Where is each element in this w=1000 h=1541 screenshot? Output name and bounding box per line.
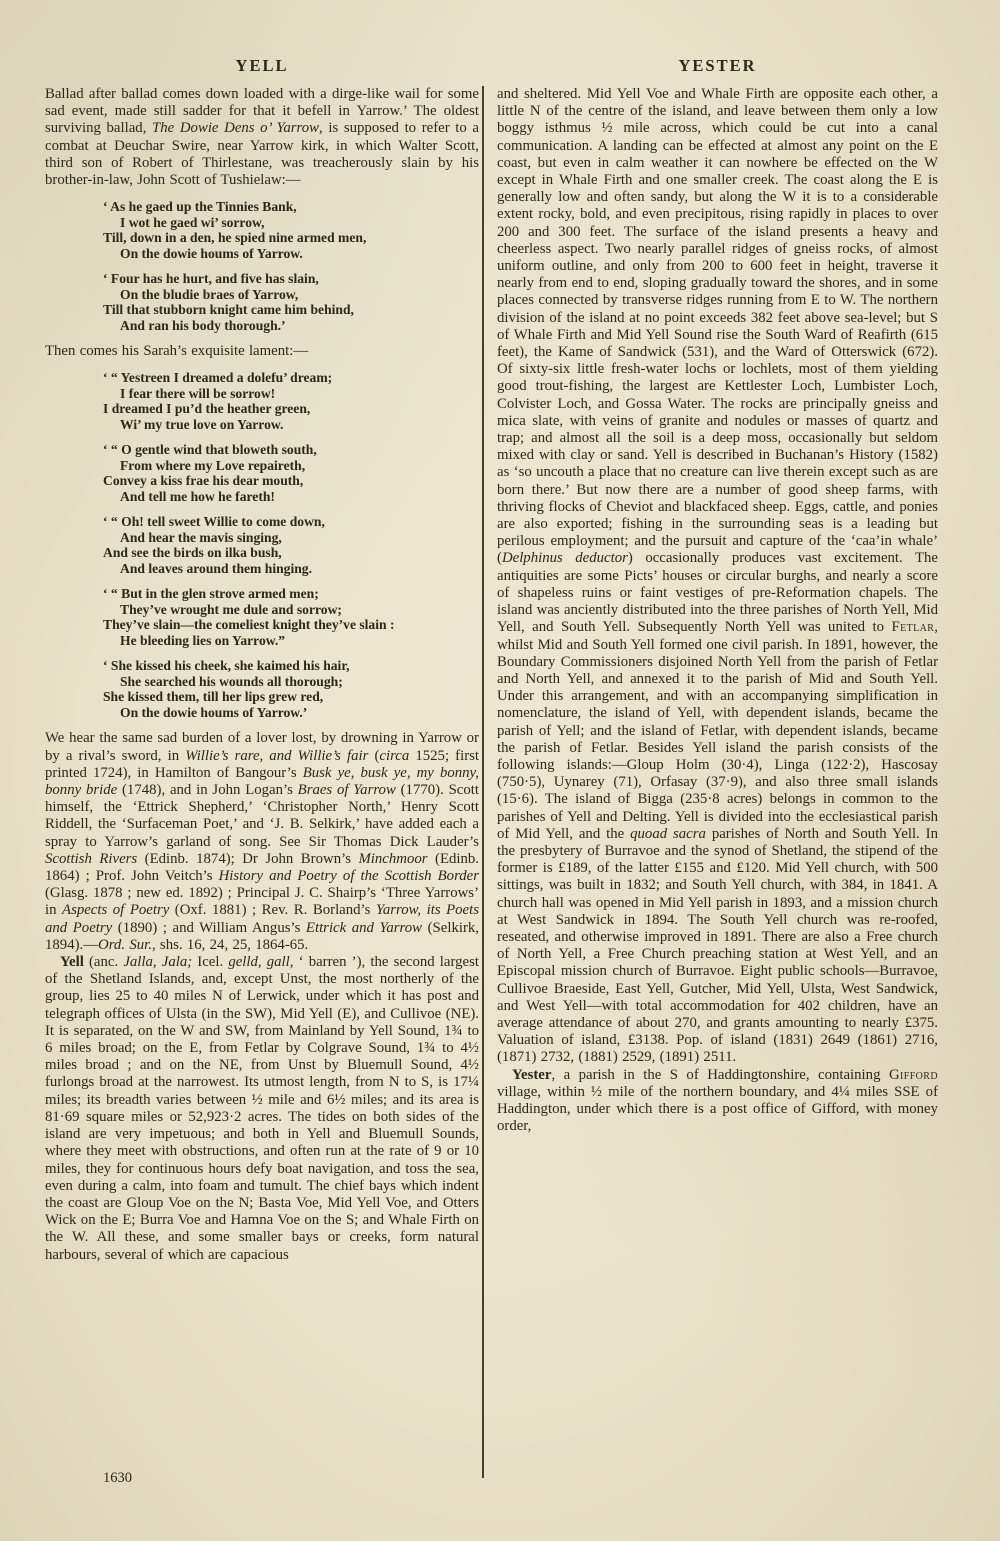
paragraph: Then comes his Sarah’s exquisite lament:…	[45, 343, 479, 360]
text-run: Jalla, Jala;	[123, 954, 192, 970]
verse-stanza: ‘ “ But in the glen strove armed men;The…	[103, 586, 479, 648]
text-run: Ord. Sur.	[98, 937, 152, 953]
text-run: and sheltered. Mid Yell Voe and Whale Fi…	[497, 86, 938, 566]
text-run: (Edinb. 1874); Dr John Brown’s	[137, 851, 358, 867]
verse-stanza: ‘ “ O gentle wind that bloweth south,Fro…	[103, 442, 479, 504]
text-run: Yell	[60, 954, 84, 970]
verse-line: ‘ “ O gentle wind that bloweth south,	[103, 442, 479, 458]
text-run: village, within ½ mile of the northern b…	[497, 1084, 938, 1134]
running-head-right: YESTER	[497, 56, 938, 76]
verse-line: Wi’ my true love on Yarrow.	[103, 417, 479, 433]
text-run: Gifford	[889, 1067, 938, 1083]
verse-stanza: ‘ “ Oh! tell sweet Willie to come down,A…	[103, 514, 479, 576]
text-run: , ‘ barren ’), the second largest of the…	[45, 954, 479, 1262]
verse-line: On the dowie houms of Yarrow.	[103, 246, 479, 262]
verse-line: On the dowie houms of Yarrow.’	[103, 705, 479, 721]
column-divider-rule	[482, 86, 484, 1478]
verse-line: ‘ “ Yestreen I dreamed a dolefu’ dream;	[103, 370, 479, 386]
verse-line: ‘ “ But in the glen strove armed men;	[103, 586, 479, 602]
verse-stanza: ‘ Four has he hurt, and five has slain,O…	[103, 271, 479, 333]
verse-line: ‘ Four has he hurt, and five has slain,	[103, 271, 479, 287]
text-run: , whilst Mid and South Yell formed one c…	[497, 619, 938, 841]
text-run: quoad sacra	[630, 826, 706, 842]
paragraph: Yester, a parish in the S of Haddingtons…	[497, 1067, 938, 1136]
verse-line: And leaves around them hinging.	[103, 561, 479, 577]
verse-line: He bleeding lies on Yarrow.”	[103, 633, 479, 649]
paragraph: Ballad after ballad comes down loaded wi…	[45, 86, 479, 189]
running-head-left: YELL	[45, 56, 479, 76]
verse-line: They’ve wrought me dule and sorrow;	[103, 602, 479, 618]
verse-line: And see the birds on ilka bush,	[103, 545, 479, 561]
verse-stanza: ‘ As he gaed up the Tinnies Bank,I wot h…	[103, 199, 479, 261]
text-run: (anc.	[84, 954, 123, 970]
paragraph: We hear the same sad burden of a lover l…	[45, 730, 479, 954]
left-column: Ballad after ballad comes down loaded wi…	[45, 86, 479, 1486]
text-run: (1890) ; and William Angus’s	[112, 920, 306, 936]
verse-line: From where my Love repaireth,	[103, 458, 479, 474]
text-run: (Oxf. 1881) ; Rev. R. Borland’s	[169, 902, 376, 918]
text-run: parishes of North and South Yell. In the…	[497, 826, 938, 1066]
text-run: Willie’s rare, and Willie’s fair	[185, 748, 368, 764]
verse-line: I dreamed I pu’d the heather green,	[103, 401, 479, 417]
text-run: Then comes his Sarah’s exquisite lament:…	[45, 343, 308, 359]
verse-line: I wot he gaed wi’ sorrow,	[103, 215, 479, 231]
verse-line: And ran his body thorough.’	[103, 318, 479, 334]
page-number: 1630	[103, 1470, 132, 1487]
text-run: Delphinus deductor	[502, 550, 628, 566]
paragraph: Yell (anc. Jalla, Jala; Icel. gelld, gal…	[45, 954, 479, 1264]
text-run: Icel.	[192, 954, 228, 970]
verse-line: She searched his wounds all thorough;	[103, 674, 479, 690]
verse-line: Convey a kiss frae his dear mouth,	[103, 473, 479, 489]
verse-line: Till, down in a den, he spied nine armed…	[103, 230, 479, 246]
text-run: gelld, gall	[228, 954, 289, 970]
text-run: (1748), and in John Logan’s	[117, 782, 297, 798]
text-run: , shs. 16, 24, 25, 1864-65.	[152, 937, 308, 953]
verse-line: They’ve slain—the comeliest knight they’…	[103, 617, 479, 633]
verse-stanza: ‘ “ Yestreen I dreamed a dolefu’ dream;I…	[103, 370, 479, 432]
text-run: The Dowie Dens o’ Yarrow	[152, 120, 319, 136]
text-run: Scottish Rivers	[45, 851, 137, 867]
text-run: History and Poetry of the Scottish Borde…	[219, 868, 479, 884]
verse-line: And tell me how he fareth!	[103, 489, 479, 505]
verse-line: And hear the mavis singing,	[103, 530, 479, 546]
text-run: Minchmoor	[358, 851, 427, 867]
verse-line: She kissed them, till her lips grew red,	[103, 689, 479, 705]
verse-line: Till that stubborn knight came him behin…	[103, 302, 479, 318]
verse-stanza: ‘ She kissed his cheek, she kaimed his h…	[103, 658, 479, 720]
paragraph: and sheltered. Mid Yell Voe and Whale Fi…	[497, 86, 938, 1067]
gazetteer-page: YELL YESTER Ballad after ballad comes do…	[0, 0, 1000, 1541]
verse-line: ‘ As he gaed up the Tinnies Bank,	[103, 199, 479, 215]
text-run: Braes of Yarrow	[298, 782, 396, 798]
text-run: Ettrick and Yarrow	[306, 920, 422, 936]
text-run: Fetlar	[891, 619, 934, 635]
text-run: circa	[379, 748, 409, 764]
text-run: , a parish in the S of Haddingtonshire, …	[551, 1067, 889, 1083]
verse-line: ‘ “ Oh! tell sweet Willie to come down,	[103, 514, 479, 530]
right-column: and sheltered. Mid Yell Voe and Whale Fi…	[497, 86, 938, 1486]
verse-line: ‘ She kissed his cheek, she kaimed his h…	[103, 658, 479, 674]
text-run: Yester	[512, 1067, 551, 1083]
verse-line: On the bludie braes of Yarrow,	[103, 287, 479, 303]
text-run: Aspects of Poetry	[62, 902, 169, 918]
text-run: (	[368, 748, 379, 764]
verse-line: I fear there will be sorrow!	[103, 386, 479, 402]
